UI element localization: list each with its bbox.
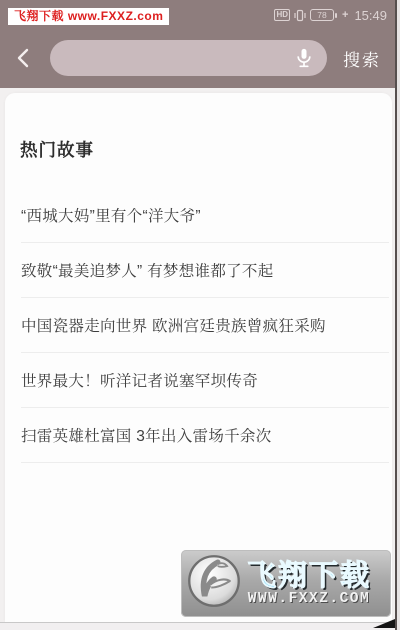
fxxz-logo-url: WWW.FXXZ.COM	[248, 591, 370, 607]
fxxz-logo-icon	[186, 553, 242, 614]
story-title: 致敬“最美追梦人” 有梦想谁都了不起	[21, 259, 274, 281]
search-bar[interactable]	[50, 40, 327, 76]
search-input[interactable]	[66, 40, 291, 76]
fxxz-logo-watermark: 飞翔下载 WWW.FXXZ.COM	[181, 550, 391, 617]
charging-icon: +	[342, 9, 348, 21]
content-card: 热门故事 “西城大妈”里有个“洋大爷” 致敬“最美追梦人” 有梦想谁都了不起 中…	[5, 93, 392, 622]
battery-icon: 78	[310, 9, 334, 21]
phone-screen: 飞翔下载 www.FXXZ.com HD 78 + 15:49	[0, 0, 400, 630]
story-title: 世界最大！听洋记者说塞罕坝传奇	[21, 369, 258, 391]
microphone-icon[interactable]	[291, 45, 317, 71]
story-title: 扫雷英雄杜富国 3年出入雷场千余次	[21, 424, 272, 446]
story-title: 中国瓷器走向世界 欧洲宫廷贵族曾疯狂采购	[21, 314, 326, 336]
story-item[interactable]: 中国瓷器走向世界 欧洲宫廷贵族曾疯狂采购	[21, 298, 389, 353]
section-title: 热门故事	[20, 137, 392, 162]
status-time: 15:49	[354, 8, 387, 23]
battery-percent: 78	[317, 11, 326, 20]
story-item[interactable]: “西城大妈”里有个“洋大爷”	[21, 188, 389, 243]
story-item[interactable]: 致敬“最美追梦人” 有梦想谁都了不起	[21, 243, 389, 298]
back-button[interactable]	[14, 47, 44, 69]
app-window: 飞翔下载 www.FXXZ.com HD 78 + 15:49	[0, 0, 397, 630]
story-item[interactable]: 扫雷英雄杜富国 3年出入雷场千余次	[21, 408, 389, 463]
story-item[interactable]: 世界最大！听洋记者说塞罕坝传奇	[21, 353, 389, 408]
vibrate-icon	[294, 9, 306, 22]
corner-triangle-decoration	[373, 619, 395, 628]
back-icon	[14, 47, 34, 69]
hd-icon: HD	[274, 9, 290, 21]
status-bar: 飞翔下载 www.FXXZ.com HD 78 + 15:49	[0, 0, 395, 28]
fxxz-logo-title: 飞翔下载	[247, 561, 371, 591]
status-icons: HD 78 + 15:49	[274, 8, 387, 23]
story-title: “西城大妈”里有个“洋大爷”	[21, 204, 201, 226]
search-header: 搜索	[0, 28, 395, 88]
bottom-strip	[0, 622, 395, 630]
search-button[interactable]: 搜索	[343, 46, 381, 71]
site-watermark-badge: 飞翔下载 www.FXXZ.com	[8, 8, 169, 25]
story-list: “西城大妈”里有个“洋大爷” 致敬“最美追梦人” 有梦想谁都了不起 中国瓷器走向…	[5, 188, 392, 463]
fxxz-logo-text: 飞翔下载 WWW.FXXZ.COM	[247, 561, 371, 607]
